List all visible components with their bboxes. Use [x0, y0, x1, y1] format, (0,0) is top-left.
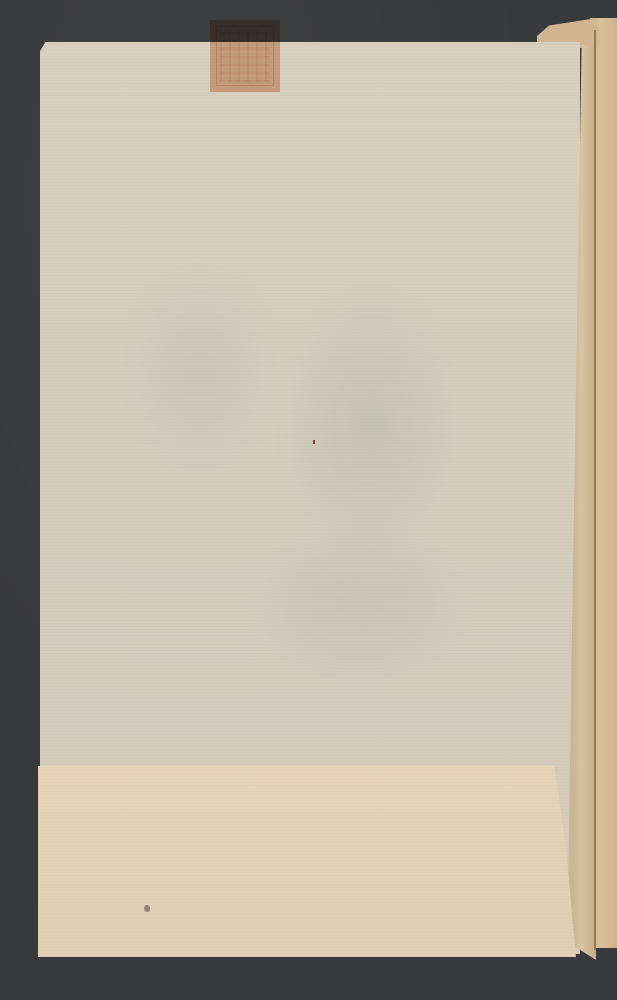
library-seal-stamp	[210, 20, 280, 92]
ink-spot	[144, 905, 150, 912]
paper-speck	[313, 440, 315, 444]
bottom-turned-flap	[38, 766, 576, 957]
binding-edge-line	[594, 30, 596, 950]
scanned-page-view	[0, 0, 617, 1000]
seal-glyphs-icon	[220, 30, 270, 82]
